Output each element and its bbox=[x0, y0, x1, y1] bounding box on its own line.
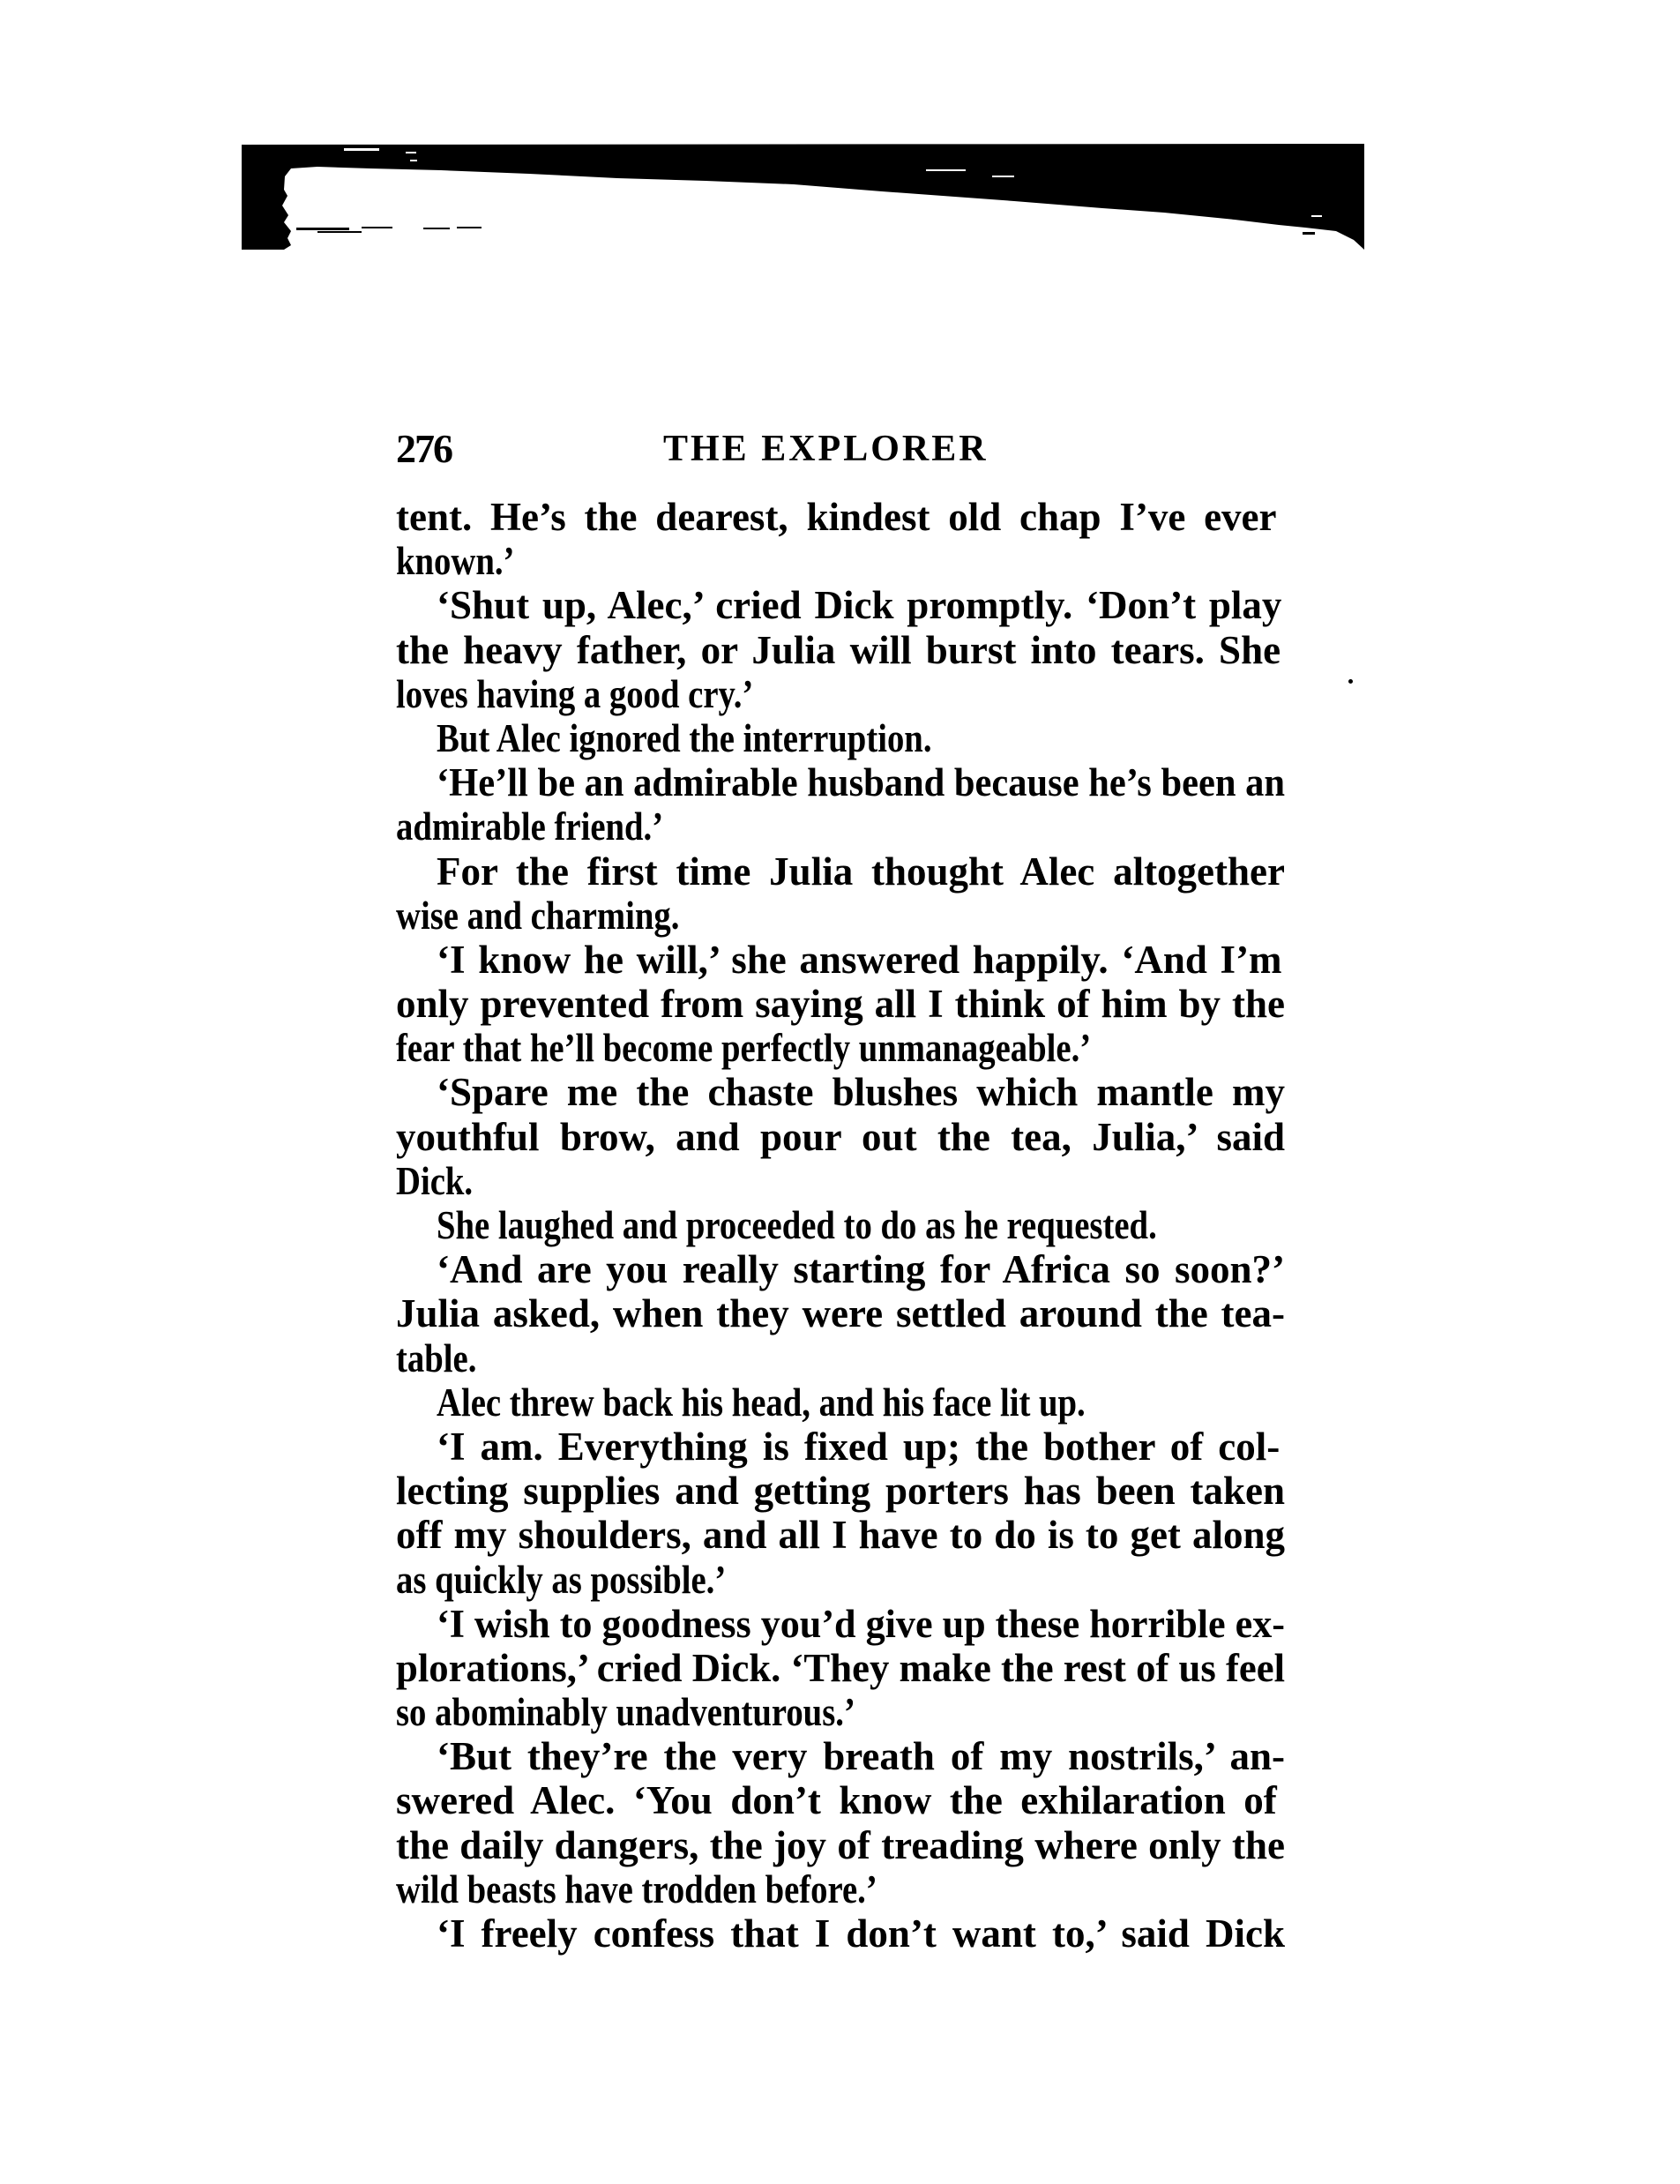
text-line: plorations,’ cried Dick. ‘They make the … bbox=[396, 1648, 1285, 1692]
text-line-content: fear that he’ll become perfectly unmanag… bbox=[396, 1028, 1091, 1068]
text-line: swered Alec. ‘You don’t know the exhilar… bbox=[396, 1780, 1285, 1824]
text-line-content: youthful brow, and pour out the tea, Jul… bbox=[396, 1117, 1285, 1157]
page-number: 276 bbox=[396, 429, 452, 469]
body-text: tent. He’s the dearest, kindest old chap… bbox=[396, 497, 1285, 1957]
text-line-content: admirable friend.’ bbox=[396, 806, 663, 847]
text-line: For the first time Julia thought Alec al… bbox=[396, 851, 1285, 895]
text-line-content: only prevented from saying all I think o… bbox=[396, 984, 1285, 1024]
text-line-content: ‘And are you really starting for Africa … bbox=[437, 1249, 1285, 1290]
text-line-content: ‘I am. Everything is fixed up; the bothe… bbox=[437, 1426, 1280, 1467]
text-line-content: off my shoulders, and all I have to do i… bbox=[396, 1515, 1285, 1555]
running-head: 276 THE EXPLORER bbox=[396, 429, 1285, 469]
text-line-content: Dick. bbox=[396, 1161, 473, 1201]
text-line: youthful brow, and pour out the tea, Jul… bbox=[396, 1117, 1285, 1161]
scan-artifact-black-bar bbox=[0, 0, 1680, 265]
text-line-content: But Alec ignored the interruption. bbox=[437, 718, 932, 759]
text-line-content: loves having a good cry.’ bbox=[396, 674, 753, 714]
text-line-content: wild beasts have trodden before.’ bbox=[396, 1869, 877, 1910]
text-line: off my shoulders, and all I have to do i… bbox=[396, 1515, 1285, 1559]
text-line: wise and charming. bbox=[396, 895, 1285, 939]
text-line: wild beasts have trodden before.’ bbox=[396, 1869, 1285, 1913]
text-line: the heavy father, or Julia will burst in… bbox=[396, 630, 1285, 674]
text-line: Julia asked, when they were settled arou… bbox=[396, 1293, 1285, 1337]
text-line: fear that he’ll become perfectly unmanag… bbox=[396, 1028, 1285, 1072]
text-line: Dick. bbox=[396, 1161, 1285, 1205]
text-line: ‘And are you really starting for Africa … bbox=[396, 1249, 1285, 1293]
text-line: as quickly as possible.’ bbox=[396, 1559, 1285, 1604]
text-line-content: ‘He’ll be an admirable husband because h… bbox=[437, 762, 1285, 803]
text-line-content: ‘Shut up, Alec,’ cried Dick promptly. ‘D… bbox=[437, 585, 1281, 625]
text-line: only prevented from saying all I think o… bbox=[396, 984, 1285, 1028]
text-line: ‘I know he will,’ she answered happily. … bbox=[396, 939, 1285, 984]
text-line-content: Alec threw back his head, and his face l… bbox=[437, 1382, 1086, 1423]
text-line: so abominably unadventurous.’ bbox=[396, 1692, 1285, 1736]
text-line-content: swered Alec. ‘You don’t know the exhilar… bbox=[396, 1780, 1277, 1821]
text-line-content: ‘I wish to goodness you’d give up these … bbox=[437, 1604, 1285, 1644]
text-line: the daily dangers, the joy of treading w… bbox=[396, 1825, 1285, 1869]
text-line: ‘Spare me the chaste blushes which mantl… bbox=[396, 1072, 1285, 1116]
text-line: admirable friend.’ bbox=[396, 806, 1285, 850]
text-line: ‘I freely confess that I don’t want to,’… bbox=[396, 1913, 1285, 1957]
text-line-content: ‘But they’re the very breath of my nostr… bbox=[437, 1736, 1285, 1776]
text-line-content: tent. He’s the dearest, kindest old chap… bbox=[396, 497, 1277, 537]
text-line: ‘I am. Everything is fixed up; the bothe… bbox=[396, 1426, 1285, 1470]
text-line: ‘But they’re the very breath of my nostr… bbox=[396, 1736, 1285, 1780]
text-line-content: table. bbox=[396, 1338, 476, 1379]
text-line-content: She laughed and proceeded to do as he re… bbox=[437, 1205, 1157, 1245]
text-line: ‘He’ll be an admirable husband because h… bbox=[396, 762, 1285, 806]
text-line-content: ‘I know he will,’ she answered happily. … bbox=[437, 939, 1282, 980]
text-line: table. bbox=[396, 1338, 1285, 1382]
text-line: She laughed and proceeded to do as he re… bbox=[396, 1205, 1285, 1249]
text-line: ‘I wish to goodness you’d give up these … bbox=[396, 1604, 1285, 1648]
text-line-content: as quickly as possible.’ bbox=[396, 1559, 726, 1600]
text-line-content: the heavy father, or Julia will burst in… bbox=[396, 630, 1281, 670]
text-line-content: the daily dangers, the joy of treading w… bbox=[396, 1825, 1285, 1866]
text-line-content: plorations,’ cried Dick. ‘They make the … bbox=[396, 1648, 1285, 1688]
text-line-content: ‘I freely confess that I don’t want to,’… bbox=[437, 1913, 1285, 1954]
text-line-content: lecting supplies and getting porters has… bbox=[396, 1470, 1285, 1511]
scan-speck bbox=[1348, 679, 1353, 684]
text-line: loves having a good cry.’ bbox=[396, 674, 1285, 718]
running-title: THE EXPLORER bbox=[663, 429, 989, 469]
text-line: lecting supplies and getting porters has… bbox=[396, 1470, 1285, 1515]
text-line-content: ‘Spare me the chaste blushes which mantl… bbox=[437, 1072, 1285, 1112]
text-line-content: so abominably unadventurous.’ bbox=[396, 1692, 855, 1732]
text-line: Alec threw back his head, and his face l… bbox=[396, 1382, 1285, 1426]
text-line: known.’ bbox=[396, 541, 1285, 585]
text-line-content: wise and charming. bbox=[396, 895, 679, 936]
book-page: 276 THE EXPLORER tent. He’s the dearest,… bbox=[0, 0, 1680, 2184]
text-line-content: known.’ bbox=[396, 541, 514, 581]
text-line-content: For the first time Julia thought Alec al… bbox=[437, 851, 1285, 892]
text-line: ‘Shut up, Alec,’ cried Dick promptly. ‘D… bbox=[396, 585, 1285, 629]
text-line: tent. He’s the dearest, kindest old chap… bbox=[396, 497, 1285, 541]
text-line-content: Julia asked, when they were settled arou… bbox=[396, 1293, 1285, 1334]
text-line: But Alec ignored the interruption. bbox=[396, 718, 1285, 762]
